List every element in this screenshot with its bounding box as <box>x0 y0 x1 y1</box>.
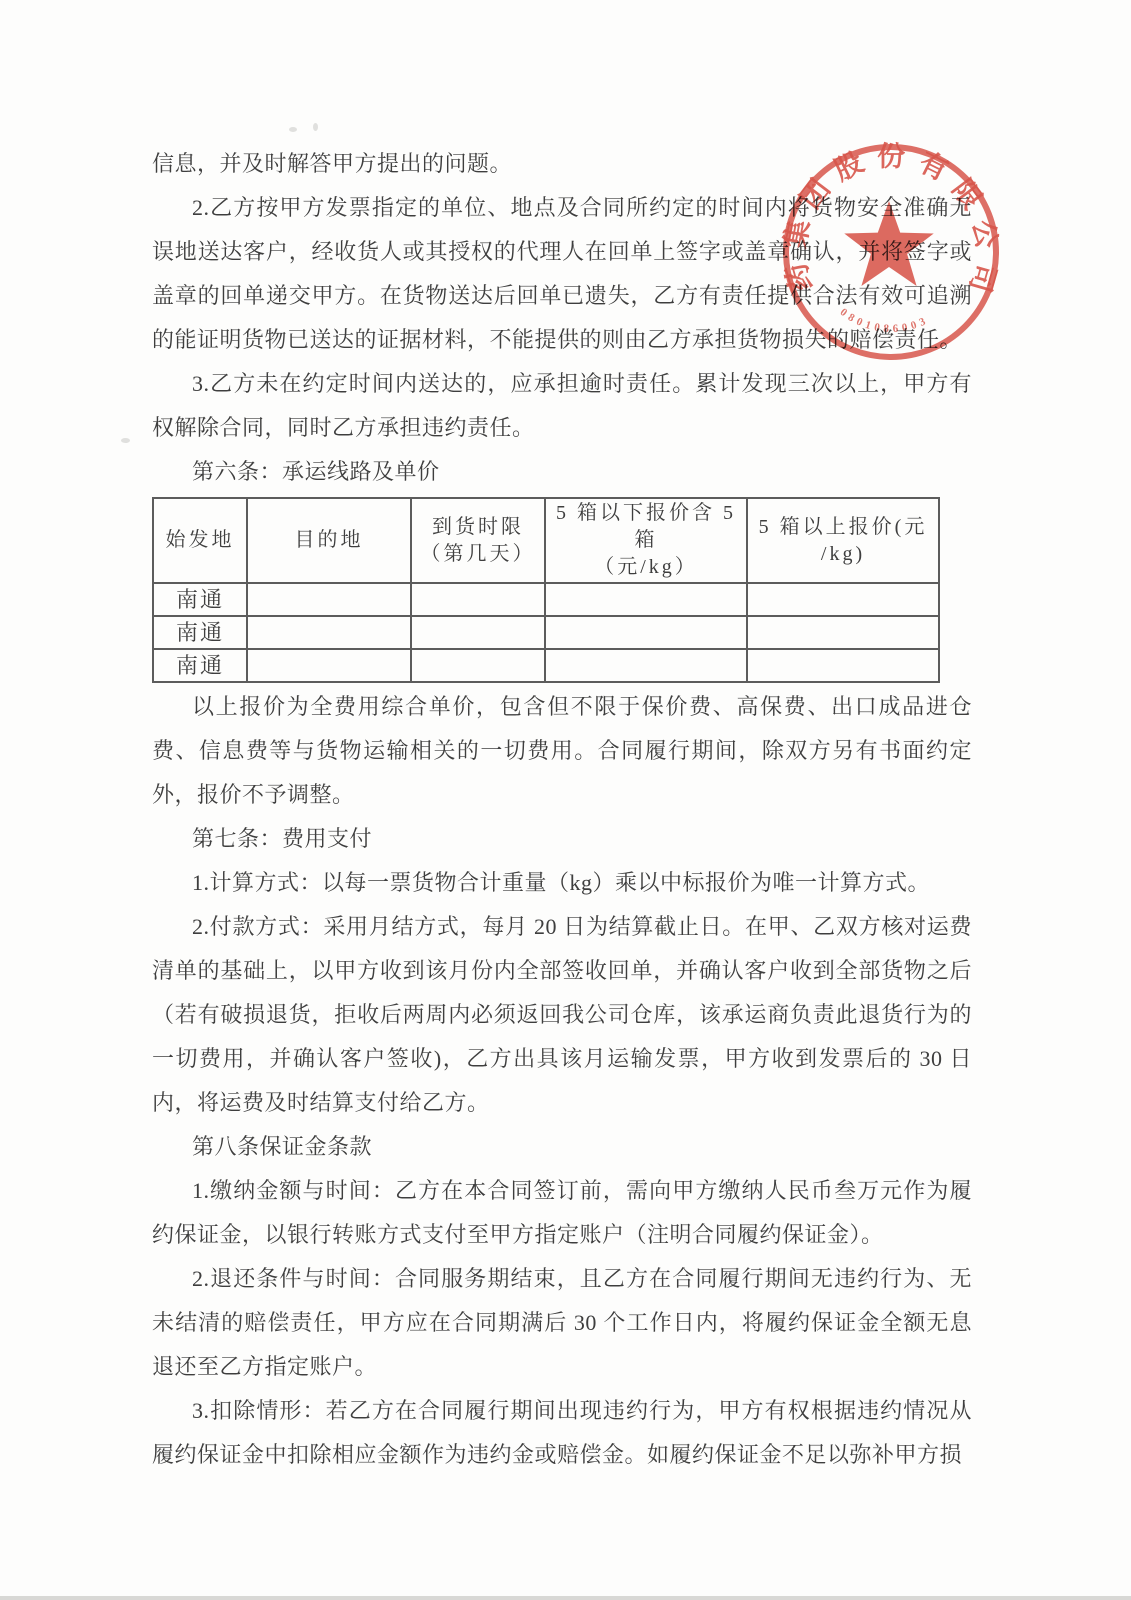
header-price-under-5: 5 箱以下报价含 5 箱 （元/kg） <box>545 498 747 583</box>
paragraph-clause-3: 3.乙方未在约定时间内送达的，应承担逾时责任。累计发现三次以上，甲方有权解除合同… <box>152 362 972 450</box>
cell-destination <box>247 583 411 616</box>
heading-article-8: 第八条保证金条款 <box>152 1125 972 1169</box>
scan-speck <box>289 127 297 132</box>
scan-speck <box>121 438 130 443</box>
table-row: 南通 <box>153 649 939 682</box>
cell-origin: 南通 <box>153 583 247 616</box>
heading-article-6: 第六条：承运线路及单价 <box>152 450 972 494</box>
cell-time-limit <box>411 649 545 682</box>
contract-body: 信息，并及时解答甲方提出的问题。 2.乙方按甲方发票指定的单位、地点及合同所约定… <box>152 142 972 1477</box>
paragraph-payment-method: 2.付款方式：采用月结方式，每月 20 日为结算截止日。在甲、乙双方核对运费清单… <box>152 905 972 1125</box>
paragraph-calc-method: 1.计算方式：以每一票货物合计重量（kg）乘以中标报价为唯一计算方式。 <box>152 861 972 905</box>
scan-speck <box>313 123 318 131</box>
table-row: 南通 <box>153 616 939 649</box>
heading-article-7: 第七条：费用支付 <box>152 817 972 861</box>
cell-price-under-5 <box>545 616 747 649</box>
scan-bottom-edge <box>0 1596 1131 1600</box>
cell-time-limit <box>411 616 545 649</box>
cell-origin: 南通 <box>153 616 247 649</box>
paragraph-deposit-refund: 2.退还条件与时间：合同服务期结束，且乙方在合同履行期间无违约行为、无未结清的赔… <box>152 1257 972 1389</box>
table-row: 南通 <box>153 583 939 616</box>
table-header-row: 始发地 目的地 到货时限 （第几天） 5 箱以下报价含 5 箱 （元/kg） 5… <box>153 498 939 583</box>
paragraph-quote-note: 以上报价为全费用综合单价，包含但不限于保价费、高保费、出口成品进仓费、信息费等与… <box>152 685 972 817</box>
cell-time-limit <box>411 583 545 616</box>
cell-price-under-5 <box>545 649 747 682</box>
cell-destination <box>247 616 411 649</box>
cell-price-over-5 <box>747 649 939 682</box>
cell-destination <box>247 649 411 682</box>
paragraph-deposit-amount: 1.缴纳金额与时间：乙方在本合同签订前，需向甲方缴纳人民币叁万元作为履约保证金，… <box>152 1169 972 1257</box>
header-time-limit: 到货时限 （第几天） <box>411 498 545 583</box>
paragraph-deposit-deduction: 3.扣除情形：若乙方在合同履行期间出现违约行为，甲方有权根据违约情况从履约保证金… <box>152 1389 972 1477</box>
header-origin: 始发地 <box>153 498 247 583</box>
cell-origin: 南通 <box>153 649 247 682</box>
contract-page: 信息，并及时解答甲方提出的问题。 2.乙方按甲方发票指定的单位、地点及合同所约定… <box>0 0 1131 1600</box>
paragraph-clause-2: 2.乙方按甲方发票指定的单位、地点及合同所约定的时间内将货物安全准确无误地送达客… <box>152 186 972 362</box>
pricing-table: 始发地 目的地 到货时限 （第几天） 5 箱以下报价含 5 箱 （元/kg） 5… <box>152 497 940 683</box>
cell-price-over-5 <box>747 616 939 649</box>
cell-price-under-5 <box>545 583 747 616</box>
header-price-over-5: 5 箱以上报价(元 /kg) <box>747 498 939 583</box>
header-destination: 目的地 <box>247 498 411 583</box>
cell-price-over-5 <box>747 583 939 616</box>
paragraph-continuation: 信息，并及时解答甲方提出的问题。 <box>152 142 972 186</box>
